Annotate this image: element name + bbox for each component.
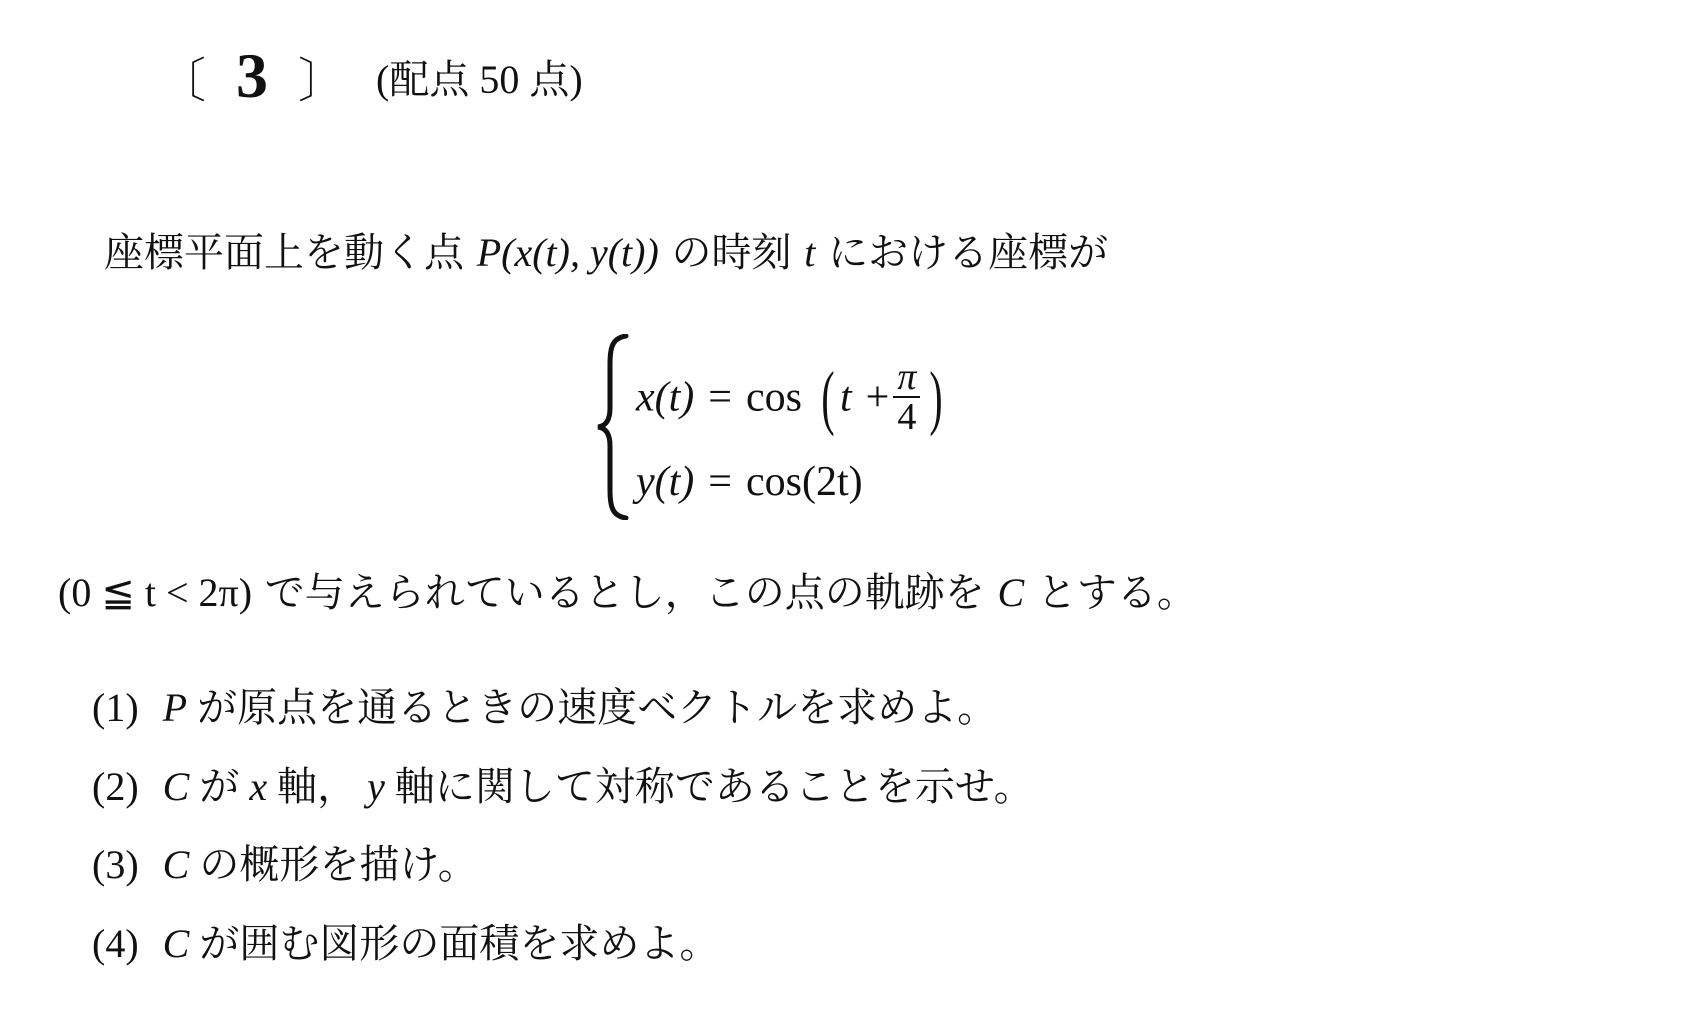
fraction-denominator: 4 — [893, 398, 920, 436]
equation-x: x(t)=cos(t+π4) — [636, 362, 948, 440]
point-expression: P(x(t), y(t)) — [477, 230, 659, 275]
y-lhs: y(t) — [636, 459, 694, 505]
question-item-1: (1)Pが原点を通るときの速度ベクトルを求めよ。 — [92, 681, 997, 735]
intro-text-middle: の時刻 — [659, 230, 804, 276]
item-variable-y: y — [367, 764, 385, 809]
item-text-c: 軸に関して対称であることを示せ。 — [395, 764, 1034, 810]
question-item-2: (2)Cがx軸，y軸に関して対称であることを示せ。 — [92, 760, 1034, 814]
item-text-a: が — [199, 764, 239, 810]
x-equals: = — [708, 375, 732, 421]
x-arg-op: + — [866, 375, 890, 421]
item-variable: P — [163, 685, 187, 730]
item-text-b: 軸， — [277, 764, 357, 810]
item-text: が囲む図形の面積を求めよ。 — [199, 921, 719, 967]
range-text: で与えられているとし，この点の軌跡を — [252, 570, 997, 616]
item-label: (1) — [92, 685, 139, 730]
time-variable: t — [804, 230, 815, 275]
left-brace-icon — [596, 334, 630, 520]
item-variable-x: x — [249, 764, 267, 809]
paren-open: ( — [821, 377, 834, 417]
intro-text-after: における座標が — [815, 230, 1108, 276]
x-arg-var: t — [840, 375, 852, 421]
item-label: (2) — [92, 764, 139, 809]
bracket-open: 〔 — [158, 53, 206, 109]
equation-system: x(t)=cos(t+π4) y(t)=cos(2t) — [596, 334, 1056, 524]
intro-sentence: 座標平面上を動く点 P(x(t), y(t)) の時刻 t における座標が — [104, 226, 1108, 280]
item-variable: C — [163, 921, 190, 966]
paren-close: ) — [930, 377, 943, 417]
problem-points: (配点 50 点) — [376, 57, 583, 102]
equation-y: y(t)=cos(2t) — [636, 458, 863, 506]
range-text-end: とする。 — [1024, 570, 1197, 616]
problem-header: 〔3〕(配点 50 点) — [158, 36, 583, 124]
item-variable: C — [163, 842, 190, 887]
intro-text-before: 座標平面上を動く点 — [104, 230, 477, 276]
fraction-numerator: π — [893, 358, 920, 398]
item-label: (4) — [92, 921, 139, 966]
fraction-pi-over-4: π4 — [893, 358, 920, 436]
bracket-close: 〕 — [298, 53, 346, 109]
problem-number: 3 — [236, 40, 268, 111]
item-text: の概形を描け。 — [199, 842, 477, 888]
item-label: (3) — [92, 842, 139, 887]
range-sentence: (0 ≦ t < 2π) で与えられているとし，この点の軌跡を C とする。 — [58, 566, 1197, 620]
x-lhs: x(t) — [636, 375, 694, 421]
question-item-4: (4)Cが囲む図形の面積を求めよ。 — [92, 917, 719, 971]
curve-variable: C — [997, 570, 1024, 615]
item-variable: C — [163, 764, 190, 809]
range-condition: (0 ≦ t < 2π) — [58, 570, 252, 615]
item-text: が原点を通るときの速度ベクトルを求めよ。 — [197, 685, 997, 731]
x-func: cos — [746, 375, 802, 421]
question-item-3: (3)Cの概形を描け。 — [92, 838, 478, 892]
y-rhs: cos(2t) — [746, 459, 863, 505]
y-equals: = — [708, 459, 732, 505]
